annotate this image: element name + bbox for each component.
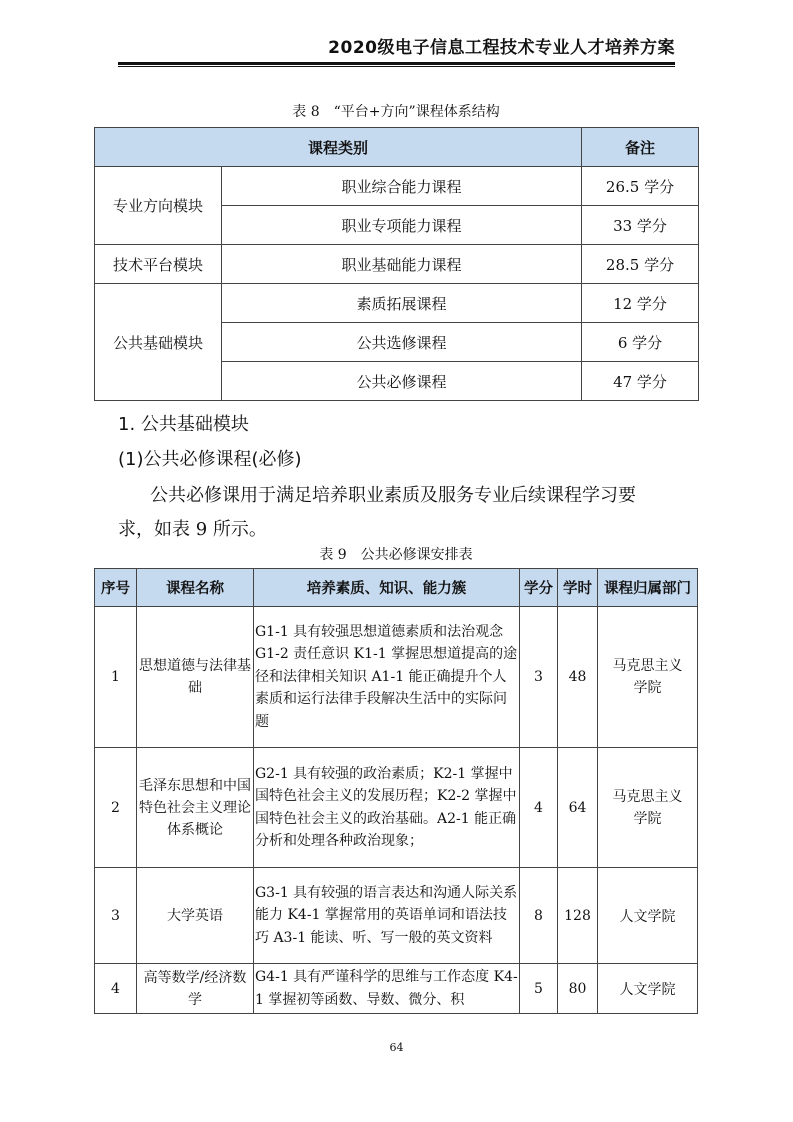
department: 人文学院 xyxy=(598,964,698,1014)
credits: 3 xyxy=(520,607,558,748)
course-name: 大学英语 xyxy=(137,868,254,964)
page-number: 64 xyxy=(0,1041,793,1054)
department: 马克思主义学院 xyxy=(598,748,698,868)
credit-note: 26.5 学分 xyxy=(582,167,699,206)
course-type: 素质拓展课程 xyxy=(222,284,582,323)
course-type: 职业综合能力课程 xyxy=(222,167,582,206)
header-department: 课程归属部门 xyxy=(598,569,698,607)
hours: 80 xyxy=(558,964,598,1014)
course-type: 公共选修课程 xyxy=(222,323,582,362)
credit-note: 47 学分 xyxy=(582,362,699,401)
hours: 128 xyxy=(558,868,598,964)
required-courses-table: 序号 课程名称 培养素质、知识、能力簇 学分 学时 课程归属部门 1 思想道德与… xyxy=(94,568,698,1014)
row-no: 3 xyxy=(95,868,137,964)
competencies: G4-1 具有严谨科学的思维与工作态度 K4-1 掌握初等函数、导数、微分、积 xyxy=(254,964,520,1014)
course-type: 公共必修课程 xyxy=(222,362,582,401)
course-name: 思想道德与法律基础 xyxy=(137,607,254,748)
header-competencies: 培养素质、知识、能力簇 xyxy=(254,569,520,607)
credits: 4 xyxy=(520,748,558,868)
table-row: 技术平台模块 职业基础能力课程 28.5 学分 xyxy=(95,245,699,284)
header-note: 备注 xyxy=(582,128,699,167)
row-no: 2 xyxy=(95,748,137,868)
subsection-heading: (1)公共必修课程(必修) xyxy=(118,445,302,471)
row-no: 1 xyxy=(95,607,137,748)
course-name: 毛泽东思想和中国特色社会主义理论体系概论 xyxy=(137,748,254,868)
header-no: 序号 xyxy=(95,569,137,607)
credits: 8 xyxy=(520,868,558,964)
table9-caption: 表 9 公共必修课安排表 xyxy=(94,544,698,564)
course-name: 高等数学/经济数学 xyxy=(137,964,254,1014)
table-row: 公共基础模块 素质拓展课程 12 学分 xyxy=(95,284,699,323)
header-category: 课程类别 xyxy=(95,128,582,167)
credit-note: 33 学分 xyxy=(582,206,699,245)
table-row: 3 大学英语 G3-1 具有较强的语言表达和沟通人际关系能力 K4-1 掌握常用… xyxy=(95,868,698,964)
hours: 48 xyxy=(558,607,598,748)
module-name: 公共基础模块 xyxy=(95,284,222,401)
header-credits: 学分 xyxy=(520,569,558,607)
table-row: 4 高等数学/经济数学 G4-1 具有严谨科学的思维与工作态度 K4-1 掌握初… xyxy=(95,964,698,1014)
section-heading: 1. 公共基础模块 xyxy=(118,410,249,436)
department: 人文学院 xyxy=(598,868,698,964)
department: 马克思主义学院 xyxy=(598,607,698,748)
credit-note: 6 学分 xyxy=(582,323,699,362)
competencies: G1-1 具有较强思想道德素质和法治观念 G1-2 责任意识 K1-1 掌握思想… xyxy=(254,607,520,748)
course-type: 职业基础能力课程 xyxy=(222,245,582,284)
competencies: G3-1 具有较强的语言表达和沟通人际关系能力 K4-1 掌握常用的英语单词和语… xyxy=(254,868,520,964)
credits: 5 xyxy=(520,964,558,1014)
course-structure-table: 课程类别 备注 专业方向模块 职业综合能力课程 26.5 学分 职业专项能力课程… xyxy=(94,127,699,401)
row-no: 4 xyxy=(95,964,137,1014)
header-rule xyxy=(118,62,675,67)
table8-caption: 表 8 “平台+方向”课程体系结构 xyxy=(94,101,698,121)
module-name: 专业方向模块 xyxy=(95,167,222,245)
module-name: 技术平台模块 xyxy=(95,245,222,284)
table-row: 专业方向模块 职业综合能力课程 26.5 学分 xyxy=(95,167,699,206)
table-row: 2 毛泽东思想和中国特色社会主义理论体系概论 G2-1 具有较强的政治素质；K2… xyxy=(95,748,698,868)
header-hours: 学时 xyxy=(558,569,598,607)
table-row: 1 思想道德与法律基础 G1-1 具有较强思想道德素质和法治观念 G1-2 责任… xyxy=(95,607,698,748)
competencies: G2-1 具有较强的政治素质；K2-1 掌握中国特色社会主义的发展历程；K2-2… xyxy=(254,748,520,868)
credit-note: 12 学分 xyxy=(582,284,699,323)
course-type: 职业专项能力课程 xyxy=(222,206,582,245)
body-paragraph-line2: 求，如表 9 所示。 xyxy=(118,515,267,541)
credit-note: 28.5 学分 xyxy=(582,245,699,284)
hours: 64 xyxy=(558,748,598,868)
page-header: 2020级电子信息工程技术专业人才培养方案 xyxy=(118,33,675,58)
header-course-name: 课程名称 xyxy=(137,569,254,607)
body-paragraph-line1: 公共必修课用于满足培养职业素质及服务专业后续课程学习要 xyxy=(150,481,636,507)
